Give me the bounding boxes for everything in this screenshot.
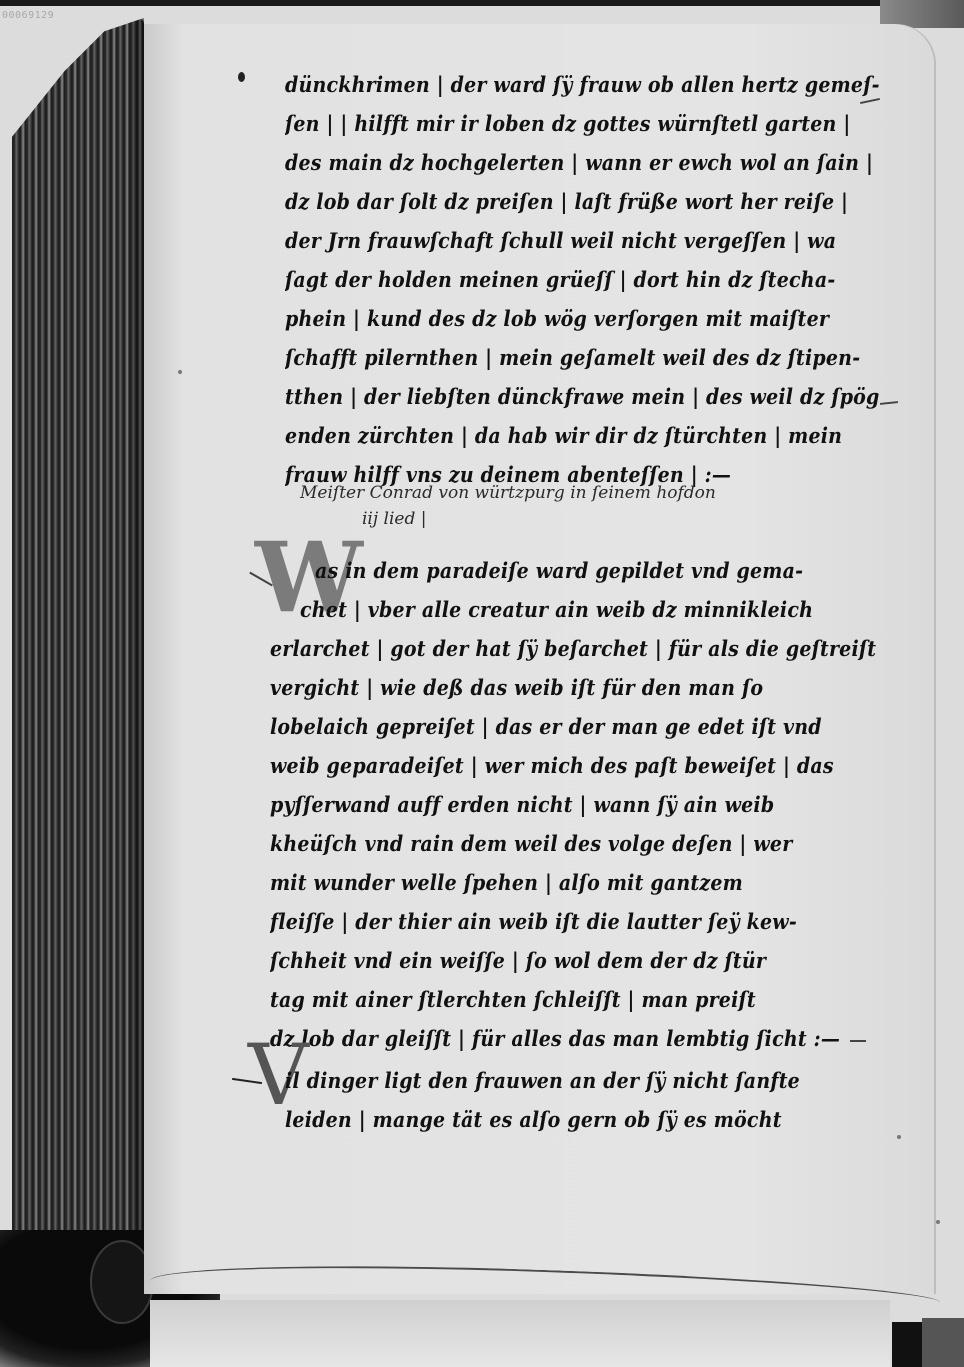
manuscript-scan: 00069129 dünckhrimen | der ward ſÿ frauw… [0, 0, 964, 1367]
paper-speck [897, 1135, 901, 1139]
rubric-heading: Meiſter Conrad von würtzpurg in ſeinem h… [300, 480, 880, 532]
scan-corner-dark [892, 1322, 922, 1367]
margin-ink-mark [238, 72, 245, 82]
manuscript-text-section-2: as in dem paradeiſe ward gepildet vnd ge… [285, 552, 885, 1059]
manuscript-text-section-3: il dinger ligt den frauwen an der ſÿ nic… [285, 1062, 885, 1140]
rubric-line: iij lied | [300, 506, 880, 532]
scan-reference-id: 00069129 [2, 10, 54, 21]
paper-speck [936, 1220, 940, 1224]
scan-corner-gray [922, 1318, 964, 1367]
manuscript-line: leiden | mange tät es alſo gern ob ſÿ es… [285, 1098, 885, 1143]
manuscript-line: dz lob dar gleiſſt | für alles das man l… [270, 1017, 885, 1062]
manuscript-text-section-1: dünckhrimen | der ward ſÿ frauw ob allen… [285, 66, 885, 495]
paper-speck [178, 370, 182, 374]
rubric-line: Meiſter Conrad von würtzpurg in ſeinem h… [300, 483, 716, 503]
scan-top-border [0, 0, 964, 6]
book-page-edges [12, 18, 144, 1338]
